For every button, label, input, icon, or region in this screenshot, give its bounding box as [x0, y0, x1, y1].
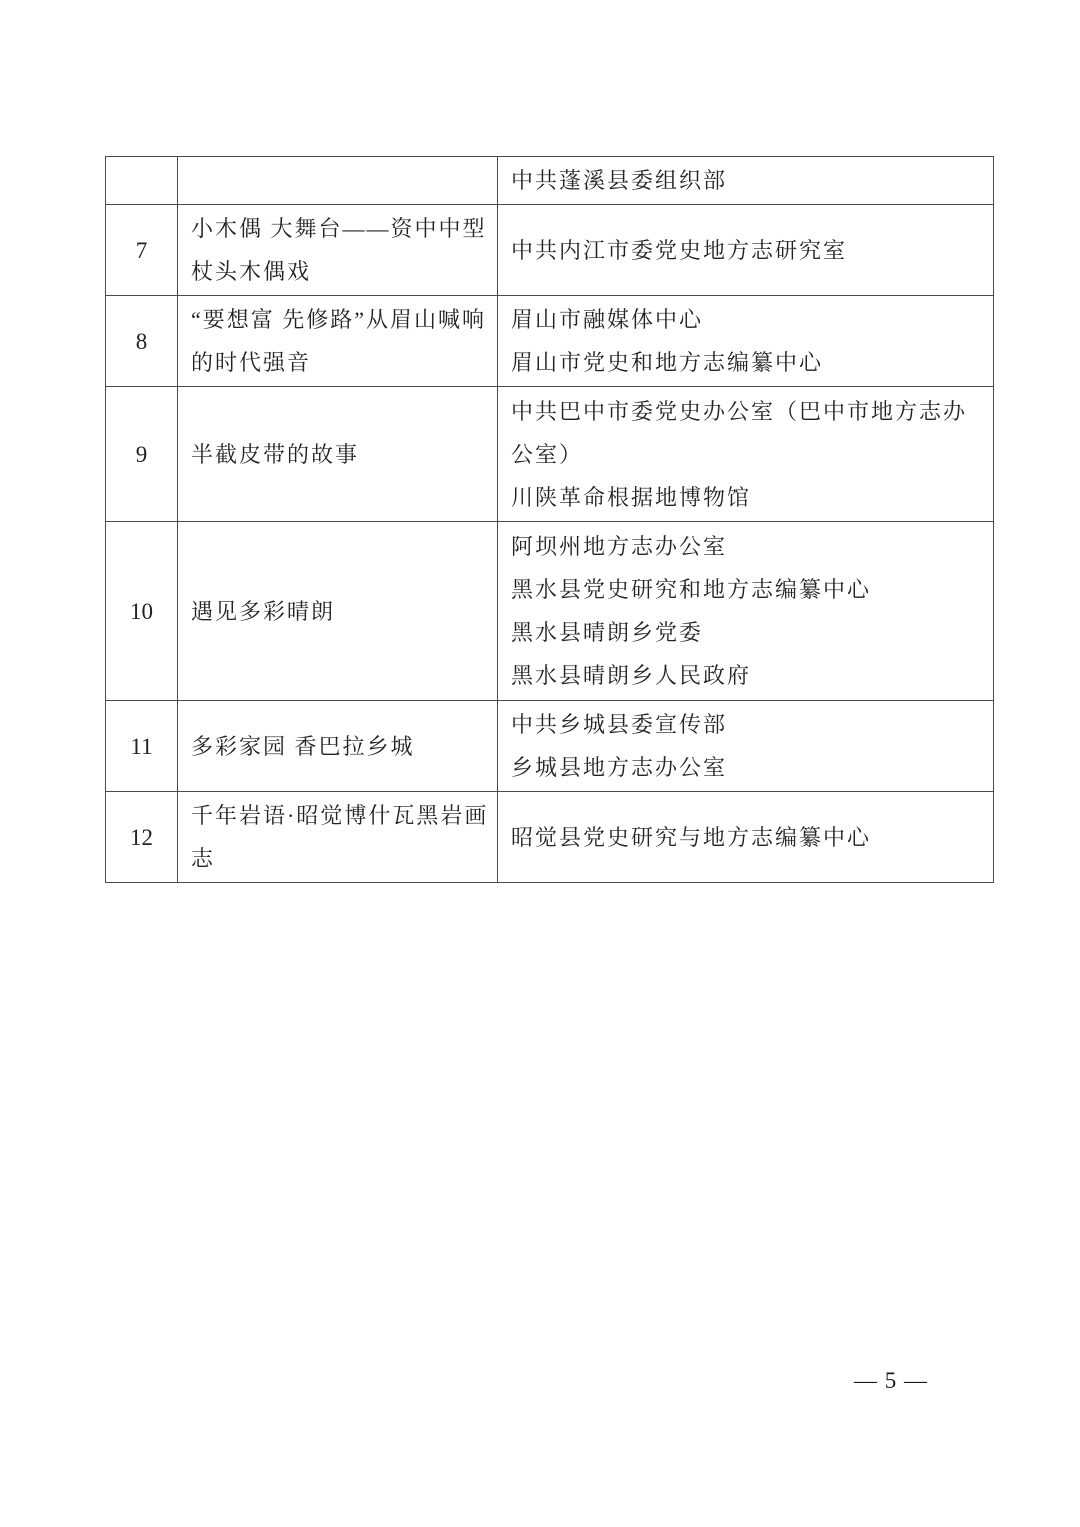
organization-line: 黑水县晴朗乡党委 — [511, 611, 987, 654]
table-row: 12 千年岩语·昭觉博什瓦黑岩画志 昭觉县党史研究与地方志编纂中心 — [106, 792, 994, 883]
organization-line: 中共乡城县委宣传部 — [511, 703, 987, 746]
organization-line: 川陕革命根据地博物馆 — [511, 476, 987, 519]
project-title-cell: 半截皮带的故事 — [178, 387, 498, 522]
page-number: — 5 — — [846, 1368, 936, 1394]
organizations-cell: 阿坝州地方志办公室黑水县党史研究和地方志编纂中心黑水县晴朗乡党委黑水县晴朗乡人民… — [498, 522, 994, 701]
organization-line: 黑水县晴朗乡人民政府 — [511, 654, 987, 697]
row-number-cell: 7 — [106, 205, 178, 296]
document-page: 中共蓬溪县委组织部 7 小木偶 大舞台——资中中型杖头木偶戏 中共内江市委党史地… — [0, 0, 1080, 1527]
organizations-cell: 昭觉县党史研究与地方志编纂中心 — [498, 792, 994, 883]
organizations-cell: 中共蓬溪县委组织部 — [498, 157, 994, 205]
table-row: 10 遇见多彩晴朗 阿坝州地方志办公室黑水县党史研究和地方志编纂中心黑水县晴朗乡… — [106, 522, 994, 701]
row-number-cell: 8 — [106, 296, 178, 387]
organizations-cell: 中共巴中市委党史办公室（巴中市地方志办公室）川陕革命根据地博物馆 — [498, 387, 994, 522]
organization-line: 中共内江市委党史地方志研究室 — [511, 229, 987, 272]
row-number-cell: 9 — [106, 387, 178, 522]
organizations-cell: 中共乡城县委宣传部乡城县地方志办公室 — [498, 701, 994, 792]
table-row: 中共蓬溪县委组织部 — [106, 157, 994, 205]
project-title-cell: “要想富 先修路”从眉山喊响的时代强音 — [178, 296, 498, 387]
organizations-cell: 中共内江市委党史地方志研究室 — [498, 205, 994, 296]
table-row: 9 半截皮带的故事 中共巴中市委党史办公室（巴中市地方志办公室）川陕革命根据地博… — [106, 387, 994, 522]
table-body: 中共蓬溪县委组织部 7 小木偶 大舞台——资中中型杖头木偶戏 中共内江市委党史地… — [106, 157, 994, 883]
award-table: 中共蓬溪县委组织部 7 小木偶 大舞台——资中中型杖头木偶戏 中共内江市委党史地… — [105, 156, 994, 883]
row-number-cell: 11 — [106, 701, 178, 792]
organization-line: 中共蓬溪县委组织部 — [511, 159, 987, 202]
row-number-cell — [106, 157, 178, 205]
row-number-cell: 10 — [106, 522, 178, 701]
project-title-cell: 多彩家园 香巴拉乡城 — [178, 701, 498, 792]
organization-line: 眉山市党史和地方志编纂中心 — [511, 341, 987, 384]
project-title-cell: 小木偶 大舞台——资中中型杖头木偶戏 — [178, 205, 498, 296]
row-number-cell: 12 — [106, 792, 178, 883]
organization-line: 眉山市融媒体中心 — [511, 298, 987, 341]
project-title-cell: 遇见多彩晴朗 — [178, 522, 498, 701]
organizations-cell: 眉山市融媒体中心眉山市党史和地方志编纂中心 — [498, 296, 994, 387]
organization-line: 阿坝州地方志办公室 — [511, 525, 987, 568]
organization-line: 昭觉县党史研究与地方志编纂中心 — [511, 816, 987, 859]
organization-line: 黑水县党史研究和地方志编纂中心 — [511, 568, 987, 611]
organization-line: 乡城县地方志办公室 — [511, 746, 987, 789]
table-row: 11 多彩家园 香巴拉乡城 中共乡城县委宣传部乡城县地方志办公室 — [106, 701, 994, 792]
project-title-cell: 千年岩语·昭觉博什瓦黑岩画志 — [178, 792, 498, 883]
table-row: 8 “要想富 先修路”从眉山喊响的时代强音 眉山市融媒体中心眉山市党史和地方志编… — [106, 296, 994, 387]
project-title-cell — [178, 157, 498, 205]
organization-line: 中共巴中市委党史办公室（巴中市地方志办公室） — [511, 390, 987, 476]
table-row: 7 小木偶 大舞台——资中中型杖头木偶戏 中共内江市委党史地方志研究室 — [106, 205, 994, 296]
